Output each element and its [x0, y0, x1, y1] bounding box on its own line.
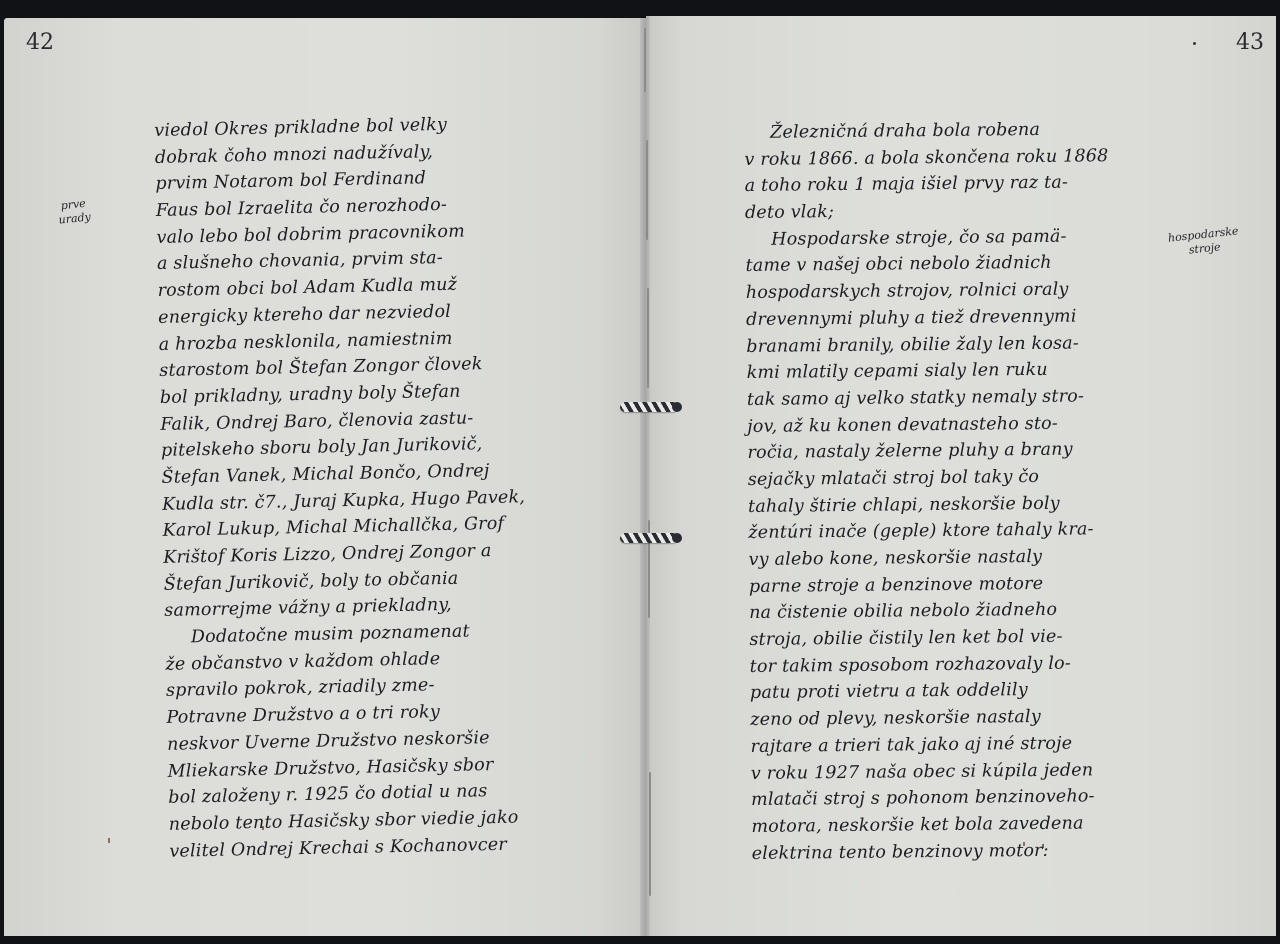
- text-line: hospodarskych strojov, rolnici oraly: [746, 276, 1110, 306]
- text-line: Hospodarske stroje, čo sa pamä-: [745, 223, 1109, 253]
- text-line: žentúri inače (geple) ktore tahaly kra-: [748, 516, 1112, 546]
- text-line: v roku 1927 naša obec si kúpila jeden: [751, 757, 1115, 787]
- text-line: drevennymi pluhy a tiež drevennymi: [746, 303, 1110, 333]
- handwritten-text-left: viedol Okres prikladne bol velky dobrak …: [154, 110, 533, 865]
- dot-mark: [1193, 42, 1196, 45]
- paper-speck: [1023, 842, 1025, 846]
- book-scan: 42 prve urady viedol Okres prikladne bol…: [0, 0, 1280, 944]
- text-line: tor takim sposobom rozhazovaly lo-: [750, 650, 1114, 680]
- text-line: vy alebo kone, neskoršie nastaly: [748, 543, 1112, 573]
- text-line: patu proti vietru a tak oddelily: [750, 677, 1114, 707]
- binding-thread-knot: [620, 533, 678, 543]
- handwritten-text-right: Železničná draha bola robena v roku 1866…: [744, 116, 1116, 867]
- text-line: parne stroje a benzinove motore: [749, 570, 1113, 600]
- binding-thread-knot: [620, 402, 678, 412]
- page-number-left: 42: [26, 30, 54, 55]
- text-line: branami branily, obilie žaly len kosa-: [746, 330, 1110, 360]
- text-line: stroja, obilie čistily len ket bol vie-: [749, 623, 1113, 653]
- binding-stitch: [644, 28, 646, 92]
- text-line: v roku 1866. a bola skončena roku 1868: [744, 143, 1108, 173]
- text-line: tame v našej obci nebolo žiadnich: [745, 250, 1109, 280]
- text-line: a toho roku 1 maja išiel prvy raz ta-: [745, 170, 1109, 200]
- margin-note-right: hospodarske stroje: [1163, 224, 1245, 260]
- right-page: 43 hospodarske stroje Železničná draha b…: [646, 16, 1276, 936]
- binding-stitch: [647, 288, 649, 388]
- binding-stitch: [646, 140, 648, 240]
- text-line: mlatači stroj s pohonom benzinoveho-: [751, 783, 1115, 813]
- text-line: rajtare a trieri tak jako aj iné stroje: [750, 730, 1114, 760]
- binding-stitch: [649, 772, 651, 896]
- text-line: tak samo aj velko statky nemaly stro-: [747, 383, 1111, 413]
- text-line: tahaly štirie chlapi, neskoršie boly: [748, 490, 1112, 520]
- text-line: deto vlak;: [745, 196, 1109, 226]
- text-line: zeno od plevy, neskoršie nastaly: [750, 703, 1114, 733]
- text-line: jov, až ku konen devatnasteho sto-: [747, 410, 1111, 440]
- paper-speck: [108, 838, 110, 843]
- left-page: 42 prve urady viedol Okres prikladne bol…: [4, 18, 646, 936]
- text-line: Železničná draha bola robena: [744, 116, 1108, 146]
- text-line: sejačky mlatači stroj bol taky čo: [748, 463, 1112, 493]
- text-line: motora, neskoršie ket bola zavedena: [751, 810, 1115, 840]
- paper-speck: [1042, 844, 1044, 848]
- paper-speck: [262, 826, 264, 830]
- text-line: kmi mlatily cepami sialy len ruku: [747, 356, 1111, 386]
- text-line: na čistenie obilia nebolo žiadneho: [749, 597, 1113, 627]
- page-number-right: 43: [1236, 30, 1264, 55]
- margin-note-left: prve urady: [43, 195, 106, 229]
- text-line: ročia, nastaly želerne pluhy a brany: [747, 436, 1111, 466]
- text-line: elektrina tento benzinovy motor:: [752, 837, 1116, 867]
